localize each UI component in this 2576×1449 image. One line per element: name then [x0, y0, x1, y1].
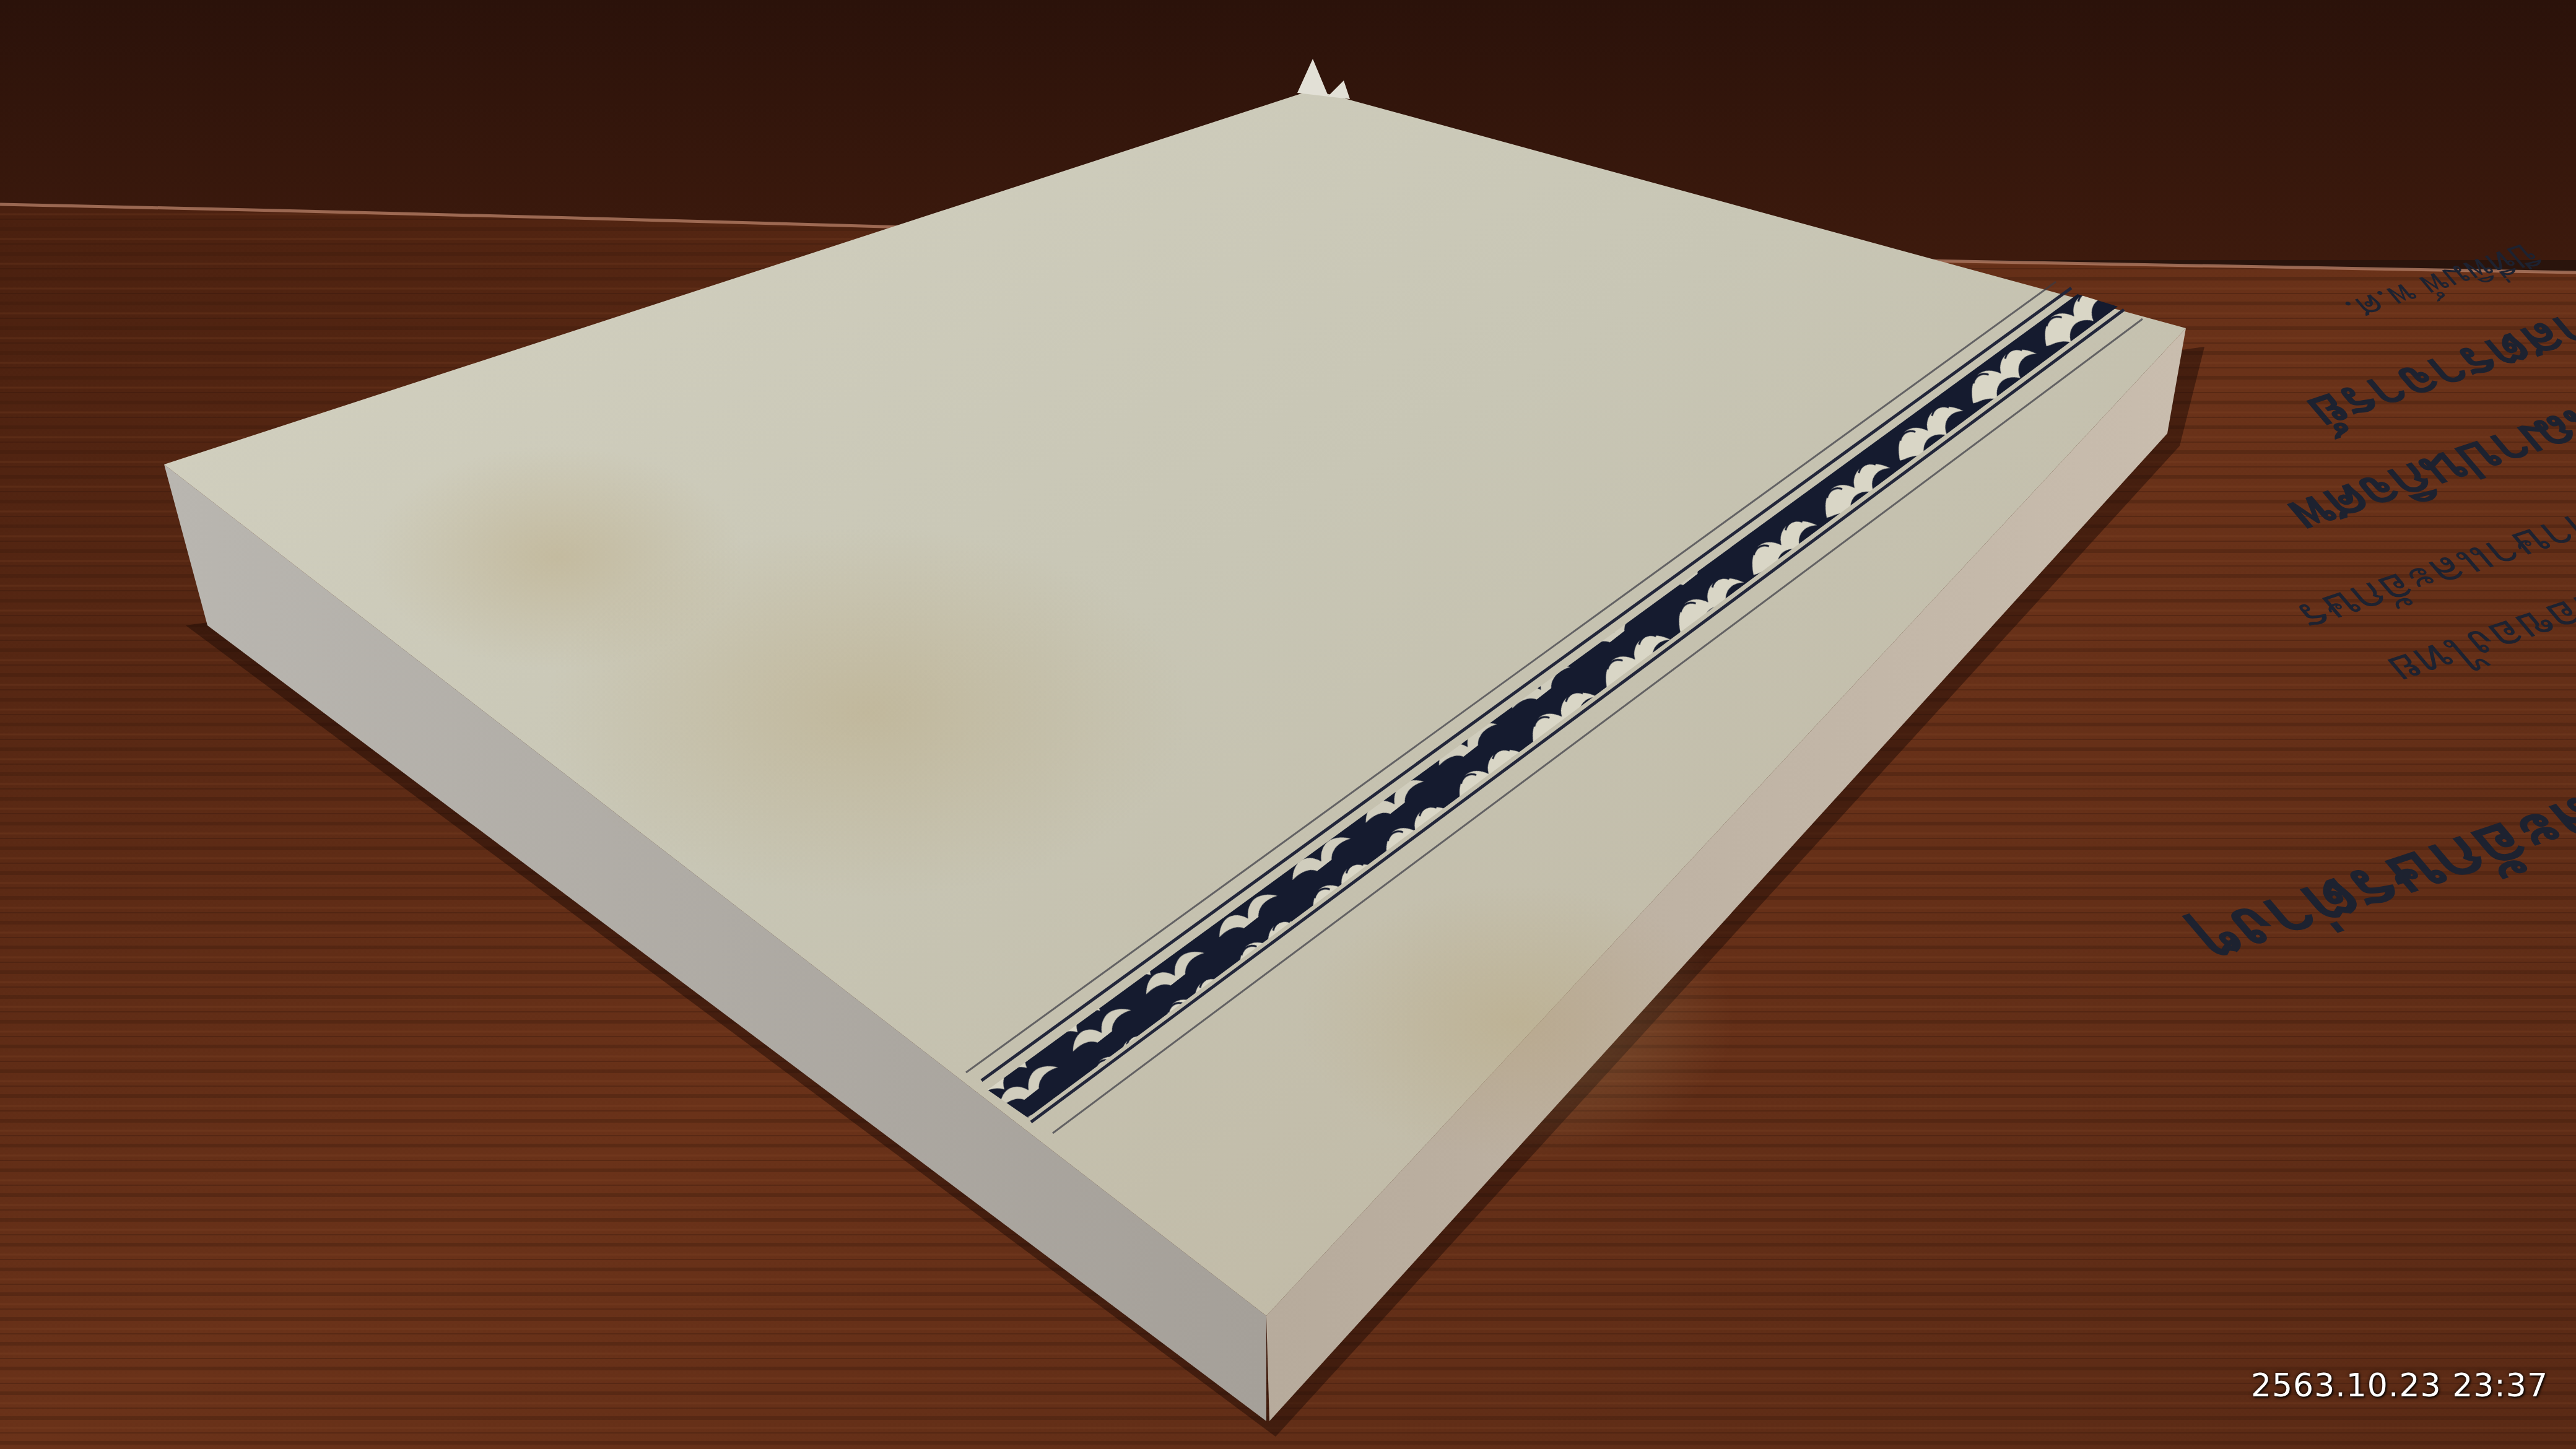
photo-timestamp: 2563.10.23 23:37 — [2251, 1367, 2548, 1404]
